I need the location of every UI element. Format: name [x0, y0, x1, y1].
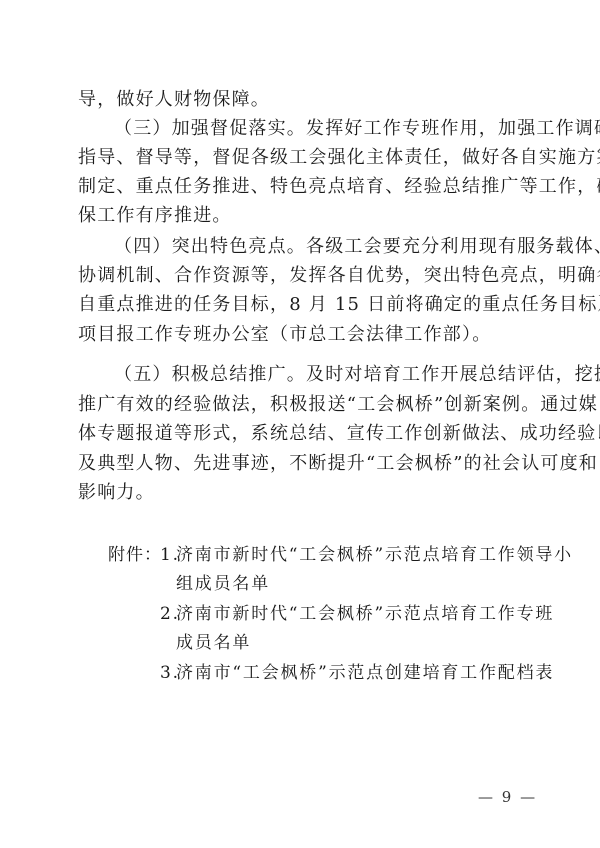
- section-5-line: 推广有效的经验做法，积极报送“工会枫桥”创新案例。通过媒: [78, 394, 524, 416]
- section-3-line: 保工作有序推进。: [78, 205, 524, 227]
- attachment-3-title: 济南市“工会枫桥”示范点创建培育工作配档表: [176, 662, 554, 684]
- section-5-line: 体专题报道等形式，系统总结、宣传工作创新做法、成功经验以: [78, 423, 524, 445]
- attachment-1-title-cont: 组成员名单: [176, 573, 270, 595]
- section-4-line: 项目报工作专班办公室（市总工会法律工作部）。: [78, 324, 524, 346]
- page-number: — 9 —: [478, 788, 537, 806]
- attachment-2-title: 济南市新时代“工会枫桥”示范点培育工作专班: [176, 603, 554, 625]
- section-5-line: 影响力。: [78, 482, 524, 504]
- attachment-2-title-cont: 成员名单: [176, 632, 251, 654]
- document-page: 导，做好人财物保障。 （三）加强督促落实。发挥好工作专班作用，加强工作调研、 指…: [0, 0, 600, 848]
- section-4-line: 协调机制、合作资源等，发挥各自优势，突出特色亮点，明确各: [78, 265, 524, 287]
- attachments-label: 附件：: [108, 544, 162, 566]
- section-3-line: 制定、重点任务推进、特色亮点培育、经验总结推广等工作，确: [78, 176, 524, 198]
- section-3-heading-line: （三）加强督促落实。发挥好工作专班作用，加强工作调研、: [114, 118, 524, 140]
- paragraph-continuation-line: 导，做好人财物保障。: [78, 89, 524, 111]
- section-4-heading-line: （四）突出特色亮点。各级工会要充分利用现有服务载体、: [114, 236, 524, 258]
- section-5-heading-line: （五）积极总结推广。及时对培育工作开展总结评估，挖掘、: [114, 364, 524, 386]
- section-3-line: 指导、督导等，督促各级工会强化主体责任，做好各自实施方案: [78, 147, 524, 169]
- attachment-1-title: 济南市新时代“工会枫桥”示范点培育工作领导小: [176, 544, 573, 566]
- section-5-line: 及典型人物、先进事迹，不断提升“工会枫桥”的社会认可度和: [78, 453, 524, 475]
- section-4-line: 自重点推进的任务目标，8 月 15 日前将确定的重点任务目标及: [78, 294, 524, 316]
